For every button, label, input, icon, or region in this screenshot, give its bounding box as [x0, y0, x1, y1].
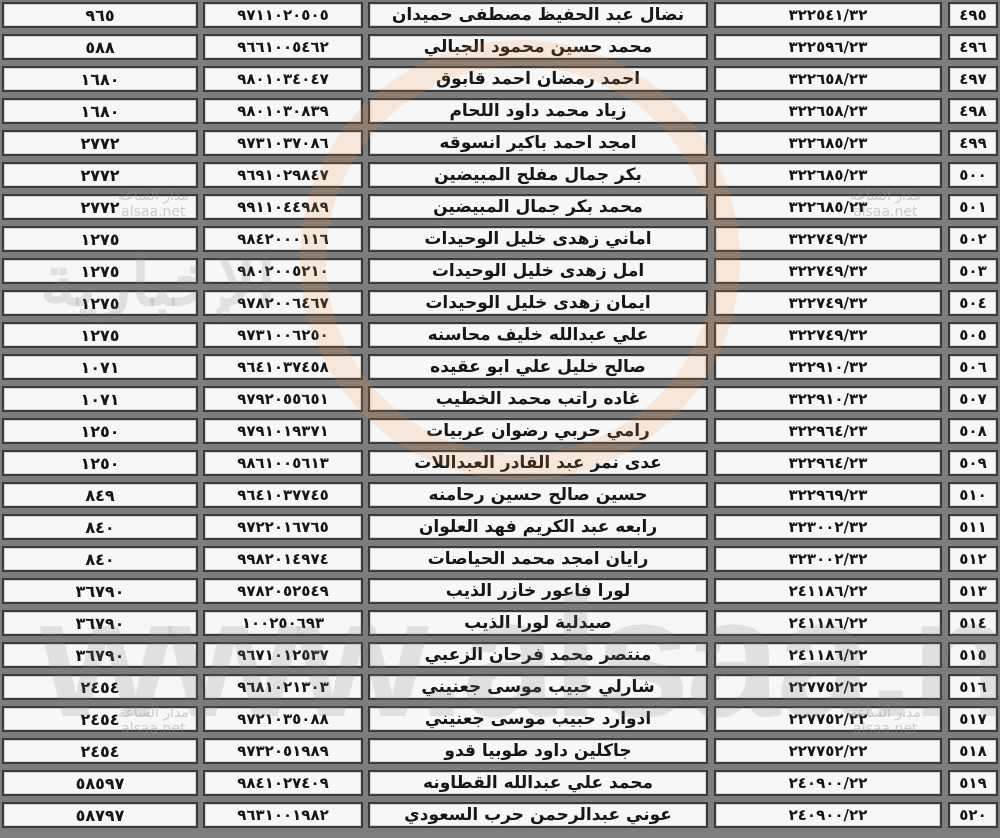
- amount-cell: ٢٤٥٤: [2, 738, 198, 764]
- seq-cell: ٥١٩: [948, 770, 998, 796]
- reference-cell: ٢٤١١٨٦/٢٢: [714, 610, 942, 636]
- name-cell: ايمان زهدى خليل الوحيدات: [368, 290, 708, 316]
- table-row: ١٠٧١ ٩٧٩٢٠٥٥٦٥١ غاده راتب محمد الخطيب ٣٢…: [0, 384, 1000, 417]
- phone-cell: ٩٧٣١٠٣٧٠٨٦: [203, 130, 363, 156]
- amount-cell: ٨٤٠: [2, 514, 198, 540]
- name-cell: صيدلية لورا الذيب: [368, 610, 708, 636]
- table-row: ١٦٨٠ ٩٨٠١٠٣٤٠٤٧ احمد رمضان احمد قابوق ٣٢…: [0, 64, 1000, 97]
- seq-cell: ٥١٨: [948, 738, 998, 764]
- table-row: ٢٧٧٢ ٩٧٣١٠٣٧٠٨٦ امجد احمد باكير انسوقه ٣…: [0, 128, 1000, 161]
- table-row: ١٢٧٥ ٩٨٤٢٠٠٠١١٦ اماني زهدى خليل الوحيدات…: [0, 224, 1000, 257]
- phone-cell: ٩٦٤١٠٣٧٤٥٨: [203, 354, 363, 380]
- seq-cell: ٤٩٦: [948, 34, 998, 60]
- seq-cell: ٥١٠: [948, 482, 998, 508]
- phone-cell: ٩٧٣١٠٠٦٢٥٠: [203, 322, 363, 348]
- amount-cell: ١٠٧١: [2, 354, 198, 380]
- amount-cell: ٣٦٧٩٠: [2, 578, 198, 604]
- name-cell: حسين صالح حسين رحامنه: [368, 482, 708, 508]
- amount-cell: ١٢٥٠: [2, 418, 198, 444]
- table-row: ٣٦٧٩٠ ٩٦٧١٠١٢٥٣٧ منتصر محمد فرحان الزعبي…: [0, 640, 1000, 673]
- seq-cell: ٥١٥: [948, 642, 998, 668]
- reference-cell: ٣٢٢٦٥٨/٢٣: [714, 98, 942, 124]
- table-row: ١٢٥٠ ٩٧٩١٠١٩٣٧١ رامي حربي رضوان عربيات ٣…: [0, 416, 1000, 449]
- seq-cell: ٥١١: [948, 514, 998, 540]
- seq-cell: ٥١٣: [948, 578, 998, 604]
- amount-cell: ٥٨٨: [2, 34, 198, 60]
- name-cell: علي عبدالله خليف محاسنه: [368, 322, 708, 348]
- reference-cell: ٣٢٢٥٩٦/٢٣: [714, 34, 942, 60]
- table-row: ١٢٧٥ ٩٨٠٢٠٠٥٢١٠ امل زهدى خليل الوحيدات ٣…: [0, 256, 1000, 289]
- phone-cell: ٩٧٣٢٠٥١٩٨٩: [203, 738, 363, 764]
- name-cell: رابعه عبد الكريم فهد العلوان: [368, 514, 708, 540]
- reference-cell: ٣٢٢٩١٠/٣٢: [714, 354, 942, 380]
- seq-cell: ٥٢٠: [948, 802, 998, 828]
- phone-cell: ٩٧٢١٠٣٥٠٨٨: [203, 706, 363, 732]
- reference-cell: ٢٢٧٧٥٢/٢٢: [714, 674, 942, 700]
- seq-cell: ٥١٧: [948, 706, 998, 732]
- table-row: ٢٤٥٤ ٩٦٨١٠٢١٣٠٣ شارلي حبيب موسى جعنيني ٢…: [0, 672, 1000, 705]
- name-cell: بكر جمال مفلح المبيضين: [368, 162, 708, 188]
- reference-cell: ٣٢٢٦٨٥/٢٣: [714, 194, 942, 220]
- amount-cell: ٨٤٩: [2, 482, 198, 508]
- seq-cell: ٥٠٧: [948, 386, 998, 412]
- phone-cell: ٩٩٨٢٠١٤٩٧٤: [203, 546, 363, 572]
- name-cell: نضال عبد الحفيظ مصطفى حميدان: [368, 2, 708, 28]
- name-cell: اماني زهدى خليل الوحيدات: [368, 226, 708, 252]
- phone-cell: ٩٧٨٢٠٠٦٤٦٧: [203, 290, 363, 316]
- amount-cell: ١٦٨٠: [2, 66, 198, 92]
- phone-cell: ٩٦٨١٠٢١٣٠٣: [203, 674, 363, 700]
- amount-cell: ٩٦٥: [2, 2, 198, 28]
- name-cell: جاكلين داود طوبيا قدو: [368, 738, 708, 764]
- table-row: ١٦٨٠ ٩٨٠١٠٣٠٨٣٩ زياد محمد داود اللحام ٣٢…: [0, 96, 1000, 129]
- table-row: ٢٤٥٤ ٩٧٣٢٠٥١٩٨٩ جاكلين داود طوبيا قدو ٢٢…: [0, 736, 1000, 769]
- name-cell: منتصر محمد فرحان الزعبي: [368, 642, 708, 668]
- reference-cell: ٣٢٢٦٨٥/٢٣: [714, 162, 942, 188]
- seq-cell: ٥٠٤: [948, 290, 998, 316]
- reference-cell: ٢٤١١٨٦/٢٢: [714, 642, 942, 668]
- phone-cell: ١٠٠٢٥٠٦٩٣: [203, 610, 363, 636]
- seq-cell: ٤٩٧: [948, 66, 998, 92]
- reference-cell: ٣٢٢٩١٠/٣٢: [714, 386, 942, 412]
- reference-cell: ٣٢٢٩٦٤/٢٣: [714, 450, 942, 476]
- amount-cell: ٢٧٧٢: [2, 162, 198, 188]
- amount-cell: ٢٤٥٤: [2, 674, 198, 700]
- name-cell: لورا فاعور خازر الذيب: [368, 578, 708, 604]
- phone-cell: ٩٨٤١٠٢٧٤٠٩: [203, 770, 363, 796]
- reference-cell: ٣٢٣٠٠٢/٣٢: [714, 546, 942, 572]
- name-cell: عوني عبدالرحمن حرب السعودي: [368, 802, 708, 828]
- phone-cell: ٩٧٢٢٠١٦٧٦٥: [203, 514, 363, 540]
- seq-cell: ٥٠٦: [948, 354, 998, 380]
- seq-cell: ٥٠٩: [948, 450, 998, 476]
- reference-cell: ٣٢٣٠٠٢/٣٢: [714, 514, 942, 540]
- amount-cell: ٣٦٧٩٠: [2, 610, 198, 636]
- reference-cell: ٢٤١١٨٦/٢٢: [714, 578, 942, 604]
- table-row: ٥٨٥٩٧ ٩٨٤١٠٢٧٤٠٩ محمد علي عبدالله القطاو…: [0, 768, 1000, 801]
- seq-cell: ٤٩٨: [948, 98, 998, 124]
- reference-cell: ٣٢٢٧٤٩/٣٢: [714, 322, 942, 348]
- amount-cell: ٥٨٧٩٧: [2, 802, 198, 828]
- reference-cell: ٣٢٢٦٥٨/٢٣: [714, 66, 942, 92]
- phone-cell: ٩٧٨٢٠٥٢٥٤٩: [203, 578, 363, 604]
- name-cell: محمد بكر جمال المبيضين: [368, 194, 708, 220]
- seq-cell: ٥١٦: [948, 674, 998, 700]
- name-cell: غاده راتب محمد الخطيب: [368, 386, 708, 412]
- reference-cell: ٣٢٢٧٤٩/٣٢: [714, 258, 942, 284]
- phone-cell: ٩٧٩١٠١٩٣٧١: [203, 418, 363, 444]
- amount-cell: ١٢٧٥: [2, 226, 198, 252]
- table-row: ٢٧٧٢ ٩٩١١٠٤٤٩٨٩ محمد بكر جمال المبيضين ٣…: [0, 192, 1000, 225]
- table-row: ١٢٧٥ ٩٧٣١٠٠٦٢٥٠ علي عبدالله خليف محاسنه …: [0, 320, 1000, 353]
- phone-cell: ٩٨٠١٠٣٤٠٤٧: [203, 66, 363, 92]
- name-cell: محمد حسين محمود الجبالي: [368, 34, 708, 60]
- seq-cell: ٥١٢: [948, 546, 998, 572]
- amount-cell: ١٠٧١: [2, 386, 198, 412]
- name-cell: امجد احمد باكير انسوقه: [368, 130, 708, 156]
- phone-cell: ٩٩١١٠٤٤٩٨٩: [203, 194, 363, 220]
- table-row: ١٢٧٥ ٩٧٨٢٠٠٦٤٦٧ ايمان زهدى خليل الوحيدات…: [0, 288, 1000, 321]
- reference-cell: ٢٢٧٧٥٢/٢٢: [714, 706, 942, 732]
- reference-cell: ٣٢٢٩٦٤/٢٣: [714, 418, 942, 444]
- reference-cell: ٣٢٢٦٨٥/٢٣: [714, 130, 942, 156]
- phone-cell: ٩٦٩١٠٢٩٨٤٧: [203, 162, 363, 188]
- reference-cell: ٢٤٠٩٠٠/٢٢: [714, 770, 942, 796]
- reference-cell: ٣٢٢٧٤٩/٣٢: [714, 226, 942, 252]
- seq-cell: ٥٠٣: [948, 258, 998, 284]
- amount-cell: ٥٨٥٩٧: [2, 770, 198, 796]
- table-row: ٨٤٩ ٩٦٤١٠٣٧٧٤٥ حسين صالح حسين رحامنه ٣٢٢…: [0, 480, 1000, 513]
- amount-cell: ٢٧٧٢: [2, 194, 198, 220]
- amount-cell: ٨٤٠: [2, 546, 198, 572]
- table-row: ٩٦٥ ٩٧١١٠٢٠٥٠٥ نضال عبد الحفيظ مصطفى حمي…: [0, 0, 1000, 33]
- name-cell: عدى نمر عبد القادر العبداللات: [368, 450, 708, 476]
- table-row: ٢٤٥٤ ٩٧٢١٠٣٥٠٨٨ ادوارد حبيب موسى جعنيني …: [0, 704, 1000, 737]
- reference-cell: ٣٢٢٧٤٩/٣٢: [714, 290, 942, 316]
- phone-cell: ٩٧١١٠٢٠٥٠٥: [203, 2, 363, 28]
- phone-cell: ٩٨٤٢٠٠٠١١٦: [203, 226, 363, 252]
- seq-cell: ٥٠٥: [948, 322, 998, 348]
- table-row: ١٢٥٠ ٩٨٦١٠٠٥٦١٣ عدى نمر عبد القادر العبد…: [0, 448, 1000, 481]
- table-row: ٨٤٠ ٩٧٢٢٠١٦٧٦٥ رابعه عبد الكريم فهد العل…: [0, 512, 1000, 545]
- table-row: ٥٨٨ ٩٦٦١٠٠٥٤٦٢ محمد حسين محمود الجبالي ٣…: [0, 32, 1000, 65]
- seq-cell: ٥٠٠: [948, 162, 998, 188]
- reference-cell: ٢٤٠٩٠٠/٢٢: [714, 802, 942, 828]
- name-cell: زياد محمد داود اللحام: [368, 98, 708, 124]
- name-cell: امل زهدى خليل الوحيدات: [368, 258, 708, 284]
- seq-cell: ٥٠٨: [948, 418, 998, 444]
- table-row: ٨٤٠ ٩٩٨٢٠١٤٩٧٤ رايان امجد محمد الحياصات …: [0, 544, 1000, 577]
- phone-cell: ٩٨٠٢٠٠٥٢١٠: [203, 258, 363, 284]
- reference-cell: ٣٢٢٥٤١/٣٢: [714, 2, 942, 28]
- table-row: ٣٦٧٩٠ ٩٧٨٢٠٥٢٥٤٩ لورا فاعور خازر الذيب ٢…: [0, 576, 1000, 609]
- name-cell: رايان امجد محمد الحياصات: [368, 546, 708, 572]
- seq-cell: ٤٩٥: [948, 2, 998, 28]
- seq-cell: ٥٠١: [948, 194, 998, 220]
- phone-cell: ٩٦٣١٠٠١٩٨٢: [203, 802, 363, 828]
- seq-cell: ٥٠٢: [948, 226, 998, 252]
- name-cell: شارلي حبيب موسى جعنيني: [368, 674, 708, 700]
- phone-cell: ٩٨٠١٠٣٠٨٣٩: [203, 98, 363, 124]
- amount-cell: ١٢٧٥: [2, 322, 198, 348]
- amount-cell: ١٢٥٠: [2, 450, 198, 476]
- reference-cell: ٣٢٢٩٦٩/٢٣: [714, 482, 942, 508]
- phone-cell: ٩٦٧١٠١٢٥٣٧: [203, 642, 363, 668]
- amount-cell: ١٦٨٠: [2, 98, 198, 124]
- table-row: ٢٧٧٢ ٩٦٩١٠٢٩٨٤٧ بكر جمال مفلح المبيضين ٣…: [0, 160, 1000, 193]
- reference-cell: ٢٢٧٧٥٢/٢٢: [714, 738, 942, 764]
- amount-cell: ٢٧٧٢: [2, 130, 198, 156]
- beneficiaries-table: ٩٦٥ ٩٧١١٠٢٠٥٠٥ نضال عبد الحفيظ مصطفى حمي…: [0, 0, 1000, 838]
- phone-cell: ٩٦٤١٠٣٧٧٤٥: [203, 482, 363, 508]
- name-cell: رامي حربي رضوان عربيات: [368, 418, 708, 444]
- table-row: ٥٨٧٩٧ ٩٦٣١٠٠١٩٨٢ عوني عبدالرحمن حرب السع…: [0, 800, 1000, 833]
- name-cell: ادوارد حبيب موسى جعنيني: [368, 706, 708, 732]
- seq-cell: ٤٩٩: [948, 130, 998, 156]
- name-cell: محمد علي عبدالله القطاونه: [368, 770, 708, 796]
- amount-cell: ١٢٧٥: [2, 258, 198, 284]
- amount-cell: ٢٤٥٤: [2, 706, 198, 732]
- phone-cell: ٩٦٦١٠٠٥٤٦٢: [203, 34, 363, 60]
- name-cell: صالح خليل علي ابو عقيده: [368, 354, 708, 380]
- table-row: ١٠٧١ ٩٦٤١٠٣٧٤٥٨ صالح خليل علي ابو عقيده …: [0, 352, 1000, 385]
- amount-cell: ٣٦٧٩٠: [2, 642, 198, 668]
- seq-cell: ٥١٤: [948, 610, 998, 636]
- phone-cell: ٩٨٦١٠٠٥٦١٣: [203, 450, 363, 476]
- amount-cell: ١٢٧٥: [2, 290, 198, 316]
- table-row: ٣٦٧٩٠ ١٠٠٢٥٠٦٩٣ صيدلية لورا الذيب ٢٤١١٨٦…: [0, 608, 1000, 641]
- phone-cell: ٩٧٩٢٠٥٥٦٥١: [203, 386, 363, 412]
- name-cell: احمد رمضان احمد قابوق: [368, 66, 708, 92]
